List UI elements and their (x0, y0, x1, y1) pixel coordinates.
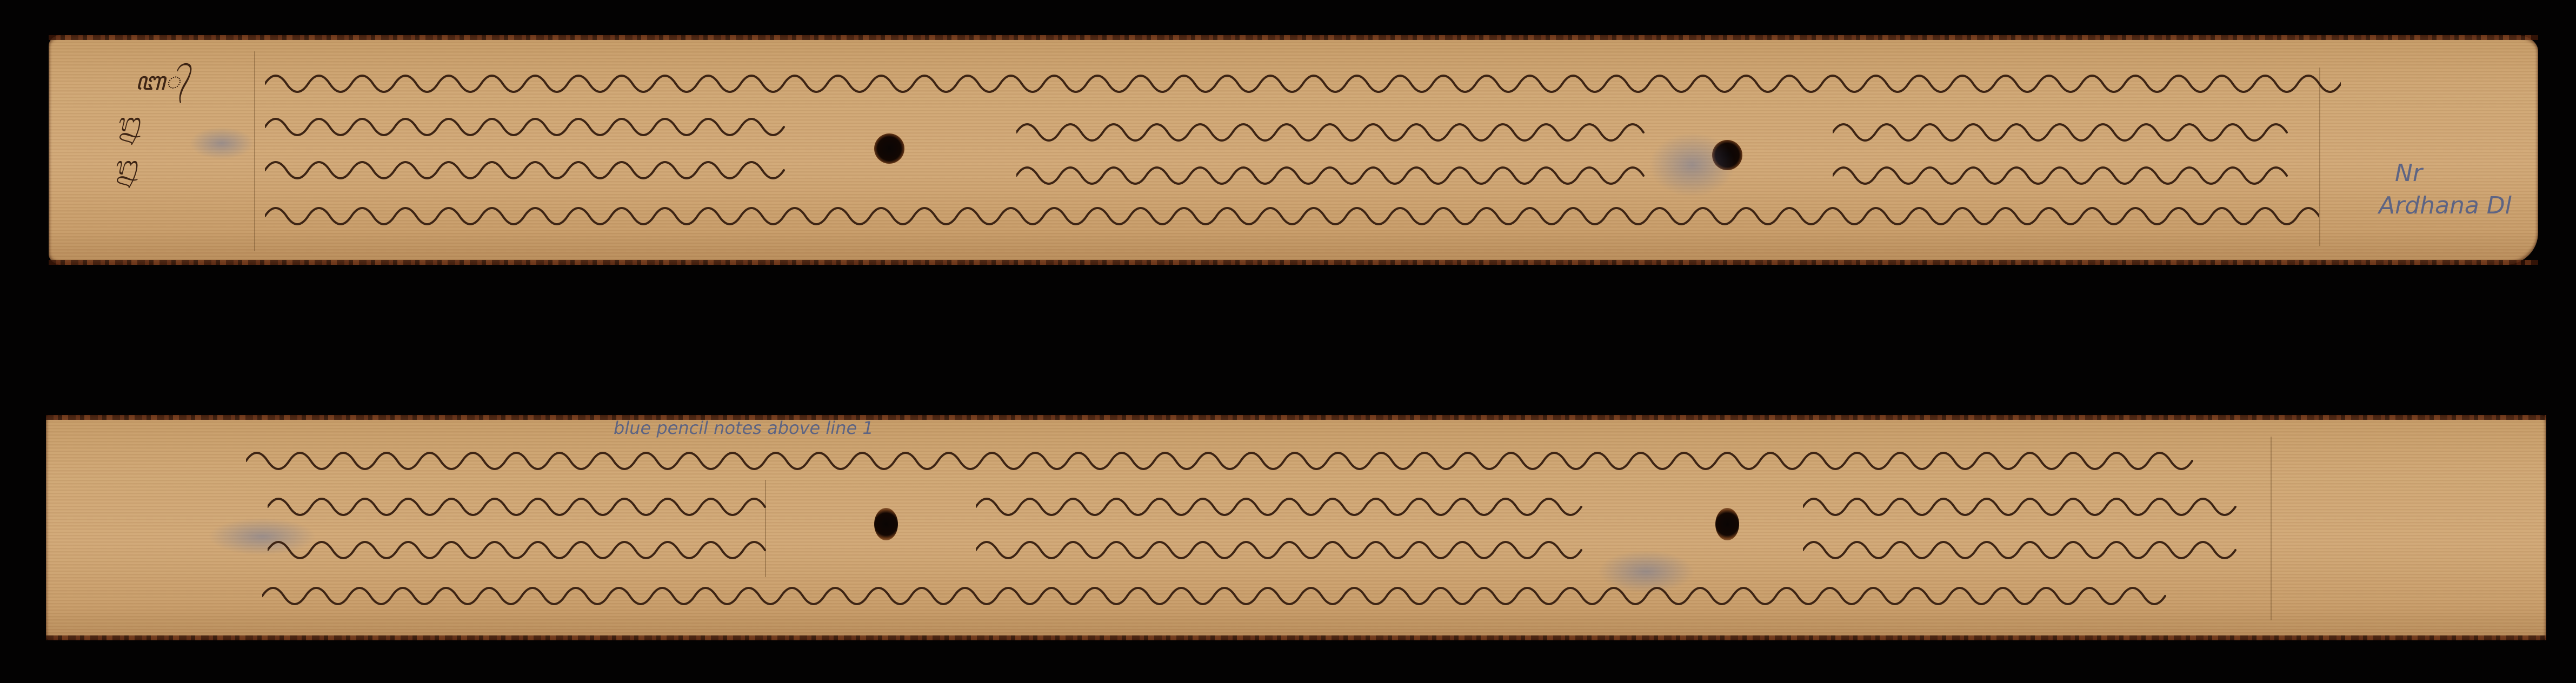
ink-stain (189, 127, 254, 159)
pencil-annotation: Ardhana Dl (2379, 192, 2512, 219)
script-line (976, 523, 1603, 566)
script-line (1016, 105, 1665, 149)
margin-numeral: ᭒ (114, 149, 137, 193)
margin-numeral: ꦧ᭄ (135, 62, 189, 113)
palm-leaf-top: ꦧ᭄ ᭒ ᭒ handwritten Balinese script, full… (49, 35, 2538, 265)
script-line (1803, 523, 2262, 566)
leaf-edge-damage (46, 415, 2546, 420)
script-line: handwritten Balinese script, columns lin… (265, 100, 806, 143)
script-line: handwritten Balinese script, full-width … (265, 189, 2319, 232)
binding-hole (874, 133, 904, 164)
script-line: handwritten Balinese script, columns lin… (268, 480, 787, 523)
script-line (1803, 480, 2262, 523)
script-line: handwritten Balinese script, columns lin… (265, 143, 806, 186)
script-line: handwritten Balinese script, columns lin… (268, 523, 787, 566)
leaf-edge-damage (46, 635, 2546, 640)
palm-leaf-bottom: blue pencil notes above line 1 handwritt… (46, 415, 2546, 640)
script-line (1833, 149, 2308, 192)
binding-hole (1715, 508, 1739, 540)
binding-hole (874, 508, 898, 540)
script-line (1833, 105, 2308, 149)
leaf-edge-damage (49, 35, 2538, 40)
margin-numeral: ᭒ (116, 105, 140, 150)
pencil-annotation: Nr (2395, 159, 2422, 187)
script-line (976, 480, 1603, 523)
script-line: handwritten Balinese script, full-width … (265, 57, 2341, 100)
script-line: handwritten Balinese script, full-width … (246, 434, 2268, 477)
column-divider (2271, 437, 2272, 620)
column-divider (254, 51, 255, 251)
leaf-edge-damage (49, 260, 2538, 265)
script-line (1016, 149, 1665, 192)
script-line: handwritten Balinese script, full-width … (262, 569, 2262, 612)
